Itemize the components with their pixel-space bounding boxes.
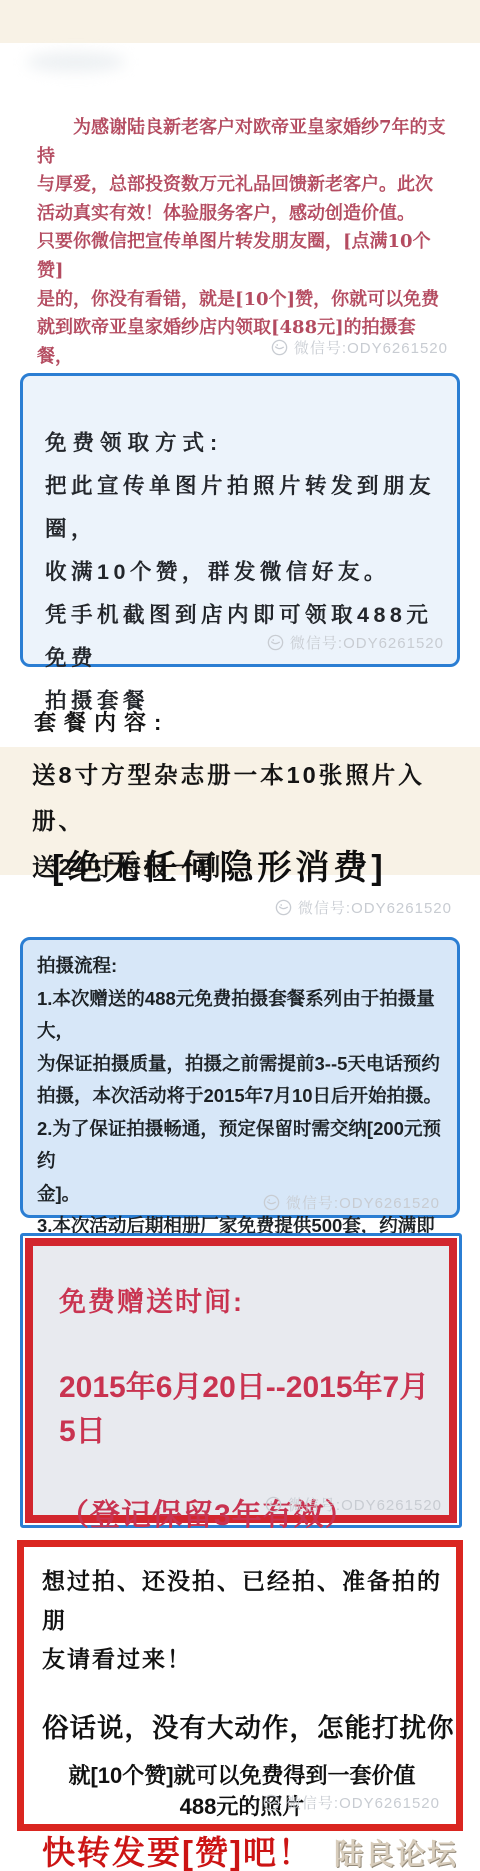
wechat-id-watermark: 微信号:ODY6261520 — [264, 1494, 442, 1515]
gift-time-box-inner: 免费赠送时间: 2015年6月20日--2015年7月5日 （登记保留3年有效） — [25, 1238, 457, 1523]
package-heading: 套餐内容: — [34, 706, 169, 737]
gift-time-date-range: 2015年6月20日--2015年7月5日 — [59, 1362, 439, 1450]
cta-saying-line: 俗话说，没有大动作，怎能打扰你 — [42, 1706, 442, 1745]
wechat-id-watermark: 微信号:ODY6261520 — [274, 897, 452, 918]
wechat-id-watermark: 微信号:ODY6261520 — [266, 632, 444, 653]
wechat-swirl-icon — [264, 1495, 283, 1514]
forum-watermark: 陆良论坛 — [334, 1832, 458, 1871]
cream-band-top — [0, 0, 480, 43]
wechat-id-label: 微信号:ODY6261520 — [286, 1192, 440, 1213]
cta-box: 想过拍、还没拍、已经拍、准备拍的朋 友请看过来！ 俗话说，没有大动作，怎能打扰你… — [17, 1540, 463, 1831]
wechat-swirl-icon — [270, 338, 289, 357]
no-hidden-fee-line: [绝无任何隐形消费] — [52, 840, 387, 889]
claim-method-title: 免费领取方式: — [45, 422, 439, 465]
shooting-process-box: 拍摄流程: 1.本次赠送的488元免费拍摄套餐系列由于拍摄量大， 为保证拍摄质量… — [20, 937, 460, 1218]
wechat-id-label: 微信号:ODY6261520 — [298, 897, 452, 918]
wechat-swirl-icon — [262, 1793, 281, 1812]
gift-time-title: 免费赠送时间: — [59, 1280, 439, 1319]
shooting-process-title: 拍摄流程: — [37, 950, 447, 983]
wechat-id-watermark: 微信号:ODY6261520 — [262, 1192, 440, 1213]
wechat-swirl-icon — [266, 633, 285, 652]
cta-audience-line: 想过拍、还没拍、已经拍、准备拍的朋 友请看过来！ — [42, 1562, 442, 1679]
claim-method-box: 免费领取方式: 把此宣传单图片拍照片转发到朋友圈， 收满10个赞，群发微信好友。… — [20, 373, 460, 667]
wechat-id-label: 微信号:ODY6261520 — [288, 1494, 442, 1515]
faint-smudge — [26, 52, 126, 72]
wechat-id-watermark: 微信号:ODY6261520 — [270, 337, 448, 358]
gift-time-box: 免费赠送时间: 2015年6月20日--2015年7月5日 （登记保留3年有效） — [20, 1233, 462, 1528]
promo-flyer-page: 为感谢陆良新老客户对欧帝亚皇家婚纱7年的支持 与厚爱，总部投资数万元礼品回馈新老… — [0, 0, 480, 1871]
wechat-id-label: 微信号:ODY6261520 — [294, 337, 448, 358]
claim-method-body: 把此宣传单图片拍照片转发到朋友圈， 收满10个赞，群发微信好友。 凭手机截图到店… — [45, 465, 439, 723]
wechat-swirl-icon — [274, 898, 293, 917]
wechat-swirl-icon — [262, 1193, 281, 1212]
wechat-id-label: 微信号:ODY6261520 — [290, 632, 444, 653]
wechat-id-label: 微信号:ODY6261520 — [286, 1792, 440, 1813]
wechat-id-watermark: 微信号:ODY6261520 — [262, 1792, 440, 1813]
